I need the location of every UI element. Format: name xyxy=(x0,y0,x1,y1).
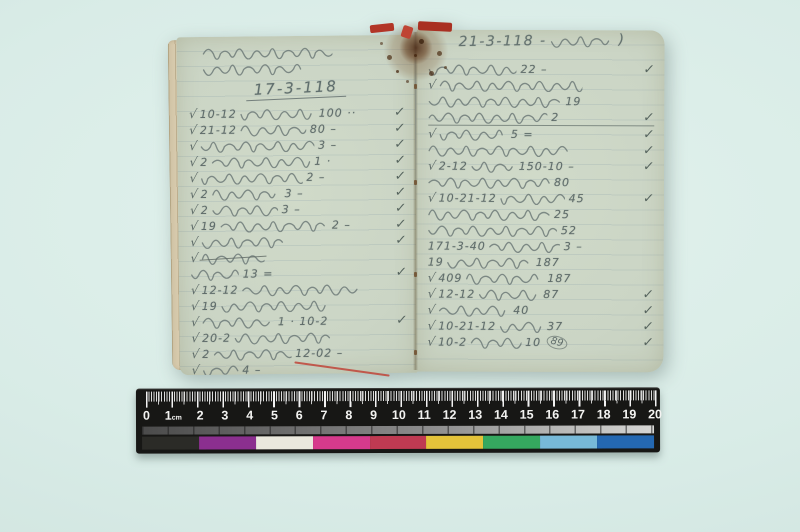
handwriting-scrawl xyxy=(202,45,332,60)
check-icon: ✓ xyxy=(394,232,407,247)
entry-numerals: 20-2 xyxy=(202,331,231,344)
check-icon: ✓ xyxy=(642,62,655,77)
scribe-mark: √ xyxy=(426,303,436,317)
scribe-mark: √ xyxy=(427,127,437,141)
check-icon: ✓ xyxy=(394,216,407,231)
handwriting-scrawl xyxy=(220,218,328,233)
entry-amount: 2 – xyxy=(332,218,351,231)
handwriting-scrawl xyxy=(471,159,515,173)
notebook: 17-3-118 √10-12100 ··✓√21-1280 –✓√3 –✓√2… xyxy=(156,24,664,376)
entry-amount: 187 xyxy=(536,255,560,268)
right-date-text: 21-3-118 - xyxy=(458,33,546,50)
scribe-mark: √ xyxy=(190,347,200,361)
ruler-number: 9 xyxy=(367,408,380,422)
check-icon: ✓ xyxy=(642,143,655,158)
ruler-number: 13 xyxy=(468,408,482,422)
scribe-mark: √ xyxy=(427,191,437,205)
scribe-mark: √ xyxy=(189,203,199,217)
entry-amount: 2 – xyxy=(306,170,325,183)
ruler-number: 4 xyxy=(243,408,256,422)
handwriting-scrawl xyxy=(211,186,280,201)
handwriting-scrawl xyxy=(447,255,532,269)
scribe-mark: √ xyxy=(427,78,437,92)
left-page: 17-3-118 √10-12100 ··✓√21-1280 –✓√3 –✓√2… xyxy=(176,35,418,375)
entry-numerals: 409 xyxy=(438,271,462,284)
ruler-number: 20 xyxy=(648,407,662,421)
entry-line: √2-12150-10 –✓ xyxy=(428,158,654,175)
entry-amount: 12-02 – xyxy=(295,346,343,360)
color-swatch xyxy=(313,436,370,449)
entry-amount: 22 – xyxy=(520,62,547,75)
ruler-number: 18 xyxy=(597,407,611,421)
handwriting-scrawl xyxy=(428,175,550,189)
handwriting-scrawl xyxy=(221,298,326,313)
handwriting-scrawl xyxy=(213,346,291,361)
ruler-number: 1cm xyxy=(165,409,182,423)
entry-amount: 3 – xyxy=(284,186,303,199)
stitch xyxy=(414,350,417,355)
entry-amount: 100 ·· xyxy=(319,106,357,119)
color-swatch xyxy=(199,436,256,449)
handwriting-scrawl xyxy=(240,106,315,121)
handwriting-scrawl xyxy=(465,271,543,285)
entry-amount: 19 xyxy=(565,95,581,108)
check-icon: ✓ xyxy=(642,191,655,206)
entry-line: 52 xyxy=(428,222,654,239)
entry-line: 171-3-403 – xyxy=(428,238,654,255)
entry-amount: 5 = xyxy=(511,127,534,140)
entry-line: ✓ xyxy=(428,142,654,159)
scribe-mark: √ xyxy=(426,319,436,333)
entry-line: √12-1287✓ xyxy=(428,286,654,303)
entry-numerals: 19 xyxy=(428,255,444,268)
scribe-mark: √ xyxy=(426,271,436,285)
ruler-number: 17 xyxy=(571,408,585,422)
handwriting-scrawl xyxy=(211,154,310,169)
binding-gutter xyxy=(413,32,418,370)
entry-amount: 80 – xyxy=(310,122,337,135)
entry-amount: 2 xyxy=(551,111,559,124)
measuring-ruler: 01cm234567891011121314151617181920 xyxy=(136,387,660,453)
entry-amount: 1 · 10-2 xyxy=(278,314,329,328)
scribe-mark: √ xyxy=(190,331,200,345)
color-swatch xyxy=(426,436,483,449)
entry-numerals: 19 xyxy=(201,219,217,232)
entry-amount: 37 xyxy=(547,320,563,333)
handwriting-scrawl xyxy=(500,191,565,205)
scribe-mark: √ xyxy=(188,123,198,137)
red-wax-fiber xyxy=(370,23,395,33)
handwriting-scrawl xyxy=(439,78,582,92)
entry-line: √10-21-1237✓ xyxy=(428,318,654,335)
red-wax-fiber xyxy=(418,21,452,32)
scribe-mark: √ xyxy=(190,299,200,313)
check-icon: ✓ xyxy=(394,200,407,215)
handwriting-scrawl xyxy=(240,122,306,137)
handwriting-scrawl xyxy=(428,94,561,108)
check-icon: ✓ xyxy=(642,303,655,318)
ruler-number: 12 xyxy=(443,408,457,422)
entry-numerals: 10-2 xyxy=(438,335,467,348)
check-icon: ✓ xyxy=(642,127,655,142)
handwriting-scrawl xyxy=(428,223,557,237)
scribe-mark: √ xyxy=(189,219,199,233)
entry-numerals: 2 xyxy=(200,187,208,200)
entry-numerals: 2 xyxy=(202,347,210,360)
entry-line: √ xyxy=(428,77,654,94)
check-icon: ✓ xyxy=(642,319,655,334)
entry-amount: 150-10 – xyxy=(519,159,575,172)
stitch xyxy=(414,180,417,185)
centimeter-ticks xyxy=(146,390,657,407)
entry-line: √409187 xyxy=(428,270,654,287)
ruler-number: 8 xyxy=(342,408,355,422)
entry-amount: 3 – xyxy=(318,138,337,151)
entry-numerals: 10-21-12 xyxy=(439,191,497,204)
ruler-number: 11 xyxy=(418,408,431,422)
handwriting-scrawl xyxy=(201,250,264,265)
ruler-unit-label: cm xyxy=(172,415,182,422)
stitch xyxy=(414,272,417,277)
scribe-mark: √ xyxy=(188,107,198,121)
entry-amount: 4 – xyxy=(242,363,261,375)
entry-numerals: 2-12 xyxy=(439,159,468,172)
entry-amount: 40 xyxy=(513,303,529,316)
ruler-number: 2 xyxy=(194,409,207,423)
entry-amount: 187 xyxy=(547,272,571,285)
check-icon: ✓ xyxy=(642,110,655,125)
archival-photo: 17-3-118 √10-12100 ··✓√21-1280 –✓√3 –✓√2… xyxy=(0,0,800,532)
entry-line: 80 xyxy=(428,174,654,191)
scribe-mark: √ xyxy=(189,251,199,265)
scribe-mark: √ xyxy=(426,287,436,301)
color-swatch xyxy=(256,436,313,449)
gray-gradient-strip xyxy=(142,425,654,434)
handwriting-scrawl xyxy=(241,281,358,296)
header-scrawl-line xyxy=(202,59,414,77)
entry-amount: 3 – xyxy=(564,240,583,253)
handwriting-scrawl xyxy=(489,239,560,253)
entry-amount: 52 xyxy=(561,224,577,237)
handwriting-scrawl xyxy=(438,303,509,317)
handwriting-scrawl xyxy=(200,138,314,153)
handwriting-scrawl xyxy=(428,143,573,158)
date-scrawl xyxy=(551,33,615,48)
color-swatch xyxy=(483,436,540,449)
color-swatch xyxy=(142,437,199,450)
scribe-mark: √ xyxy=(189,171,199,185)
ruler-number: 7 xyxy=(318,408,331,422)
scribe-mark: √ xyxy=(190,315,200,329)
check-icon: ✓ xyxy=(642,287,655,302)
ruler-number: 0 xyxy=(140,409,153,423)
entry-line: √5 =✓ xyxy=(428,126,654,143)
entry-line: √40✓ xyxy=(428,302,654,319)
color-swatch xyxy=(597,435,654,448)
handwriting-scrawl xyxy=(201,234,288,249)
scribe-mark: √ xyxy=(427,159,437,173)
ruler-number: 10 xyxy=(392,408,406,422)
handwriting-scrawl xyxy=(200,170,302,185)
ruler-number: 16 xyxy=(545,408,559,422)
ruler-number: 14 xyxy=(494,408,508,422)
handwriting-scrawl xyxy=(499,319,543,333)
scribe-mark: √ xyxy=(191,363,201,375)
entry-numerals: 2 xyxy=(201,203,209,216)
entry-line: 25 xyxy=(428,206,654,223)
check-icon: ✓ xyxy=(394,168,407,183)
handwriting-scrawl xyxy=(234,330,330,345)
entry-numerals: 12-12 xyxy=(438,287,475,300)
entry-amount: 25 xyxy=(554,208,570,221)
stitch xyxy=(414,84,417,89)
entry-numerals: 12-12 xyxy=(201,283,238,296)
handwriting-scrawl xyxy=(202,314,274,329)
check-icon: ✓ xyxy=(642,159,655,174)
entry-numerals: 21-12 xyxy=(200,123,237,136)
ruler-number: 6 xyxy=(293,408,306,422)
ruler-number: 3 xyxy=(218,408,231,422)
entry-numerals: 171-3-40 xyxy=(428,239,486,252)
right-date-row: 21-3-118 - ) xyxy=(417,33,665,50)
color-swatch xyxy=(370,436,427,449)
handwriting-scrawl xyxy=(470,335,521,349)
entry-numerals: 19 xyxy=(202,299,218,312)
check-icon: ✓ xyxy=(395,312,408,327)
entry-line: 2✓ xyxy=(428,109,654,127)
handwriting-scrawl xyxy=(478,287,539,301)
entry-amount: 87 xyxy=(543,288,559,301)
check-icon: ✓ xyxy=(642,335,655,350)
scribe-mark: √ xyxy=(190,283,200,297)
right-date-heading: 21-3-118 - ) xyxy=(458,32,625,50)
entry-amount: 80 xyxy=(554,176,570,189)
entry-numerals: 10-12 xyxy=(200,107,237,120)
handwriting-scrawl xyxy=(212,202,278,217)
entry-amount: 45 xyxy=(569,192,585,205)
entry-amount: 13 = xyxy=(243,267,274,280)
check-icon: ✓ xyxy=(394,184,407,199)
handwriting-scrawl xyxy=(428,62,516,76)
check-icon: ✓ xyxy=(395,264,408,279)
header-scrawl xyxy=(176,35,414,77)
ruler-number: 5 xyxy=(268,408,281,422)
entry-line: 19187 xyxy=(428,254,654,271)
check-icon: ✓ xyxy=(393,104,406,119)
left-date-heading: 17-3-118 xyxy=(245,77,346,102)
entry-numerals: 2 xyxy=(200,155,208,168)
entry-line: √10-21-1245✓ xyxy=(428,190,654,207)
entry-numerals: 10-21-12 xyxy=(438,319,496,332)
scribe-mark: √ xyxy=(188,155,198,169)
check-icon: ✓ xyxy=(394,152,407,167)
scribe-mark: √ xyxy=(189,187,199,201)
left-entries: √10-12100 ··✓√21-1280 –✓√3 –✓√21 ·✓√2 –✓… xyxy=(177,104,418,375)
circled-number: 89 xyxy=(545,333,568,351)
ruler-number: 15 xyxy=(520,408,534,422)
entry-line: 22 –✓ xyxy=(428,61,654,78)
right-page: 21-3-118 - ) 22 –✓√192✓√5 =✓✓√2-12150-10… xyxy=(415,30,664,373)
handwriting-scrawl xyxy=(439,127,507,141)
handwriting-scrawl xyxy=(202,61,301,76)
right-date-suffix: ) xyxy=(619,32,626,48)
handwriting-scrawl xyxy=(428,110,547,124)
entry-amount: 3 – xyxy=(282,202,301,215)
color-swatch xyxy=(540,435,597,448)
check-icon: ✓ xyxy=(393,120,406,135)
entry-amount: 1 · xyxy=(314,154,331,167)
color-calibration-swatches xyxy=(142,435,654,449)
entry-line: 19 xyxy=(428,93,654,110)
scribe-mark: √ xyxy=(426,335,436,349)
entry-amount: 10 xyxy=(525,335,541,348)
right-entries: 22 –✓√192✓√5 =✓✓√2-12150-10 –✓80√10-21-1… xyxy=(415,55,664,351)
scribe-mark: √ xyxy=(188,139,198,153)
handwriting-scrawl xyxy=(428,207,550,221)
handwriting-scrawl xyxy=(191,267,239,282)
scribe-mark: √ xyxy=(189,235,199,249)
ruler-number: 19 xyxy=(622,407,636,421)
check-icon: ✓ xyxy=(393,136,406,151)
handwriting-scrawl xyxy=(202,363,238,376)
left-date-row: 17-3-118 xyxy=(177,78,415,100)
entry-line: √10-21089✓ xyxy=(427,334,653,351)
ruler-scale-numbers: 01cm234567891011121314151617181920 xyxy=(140,407,662,422)
